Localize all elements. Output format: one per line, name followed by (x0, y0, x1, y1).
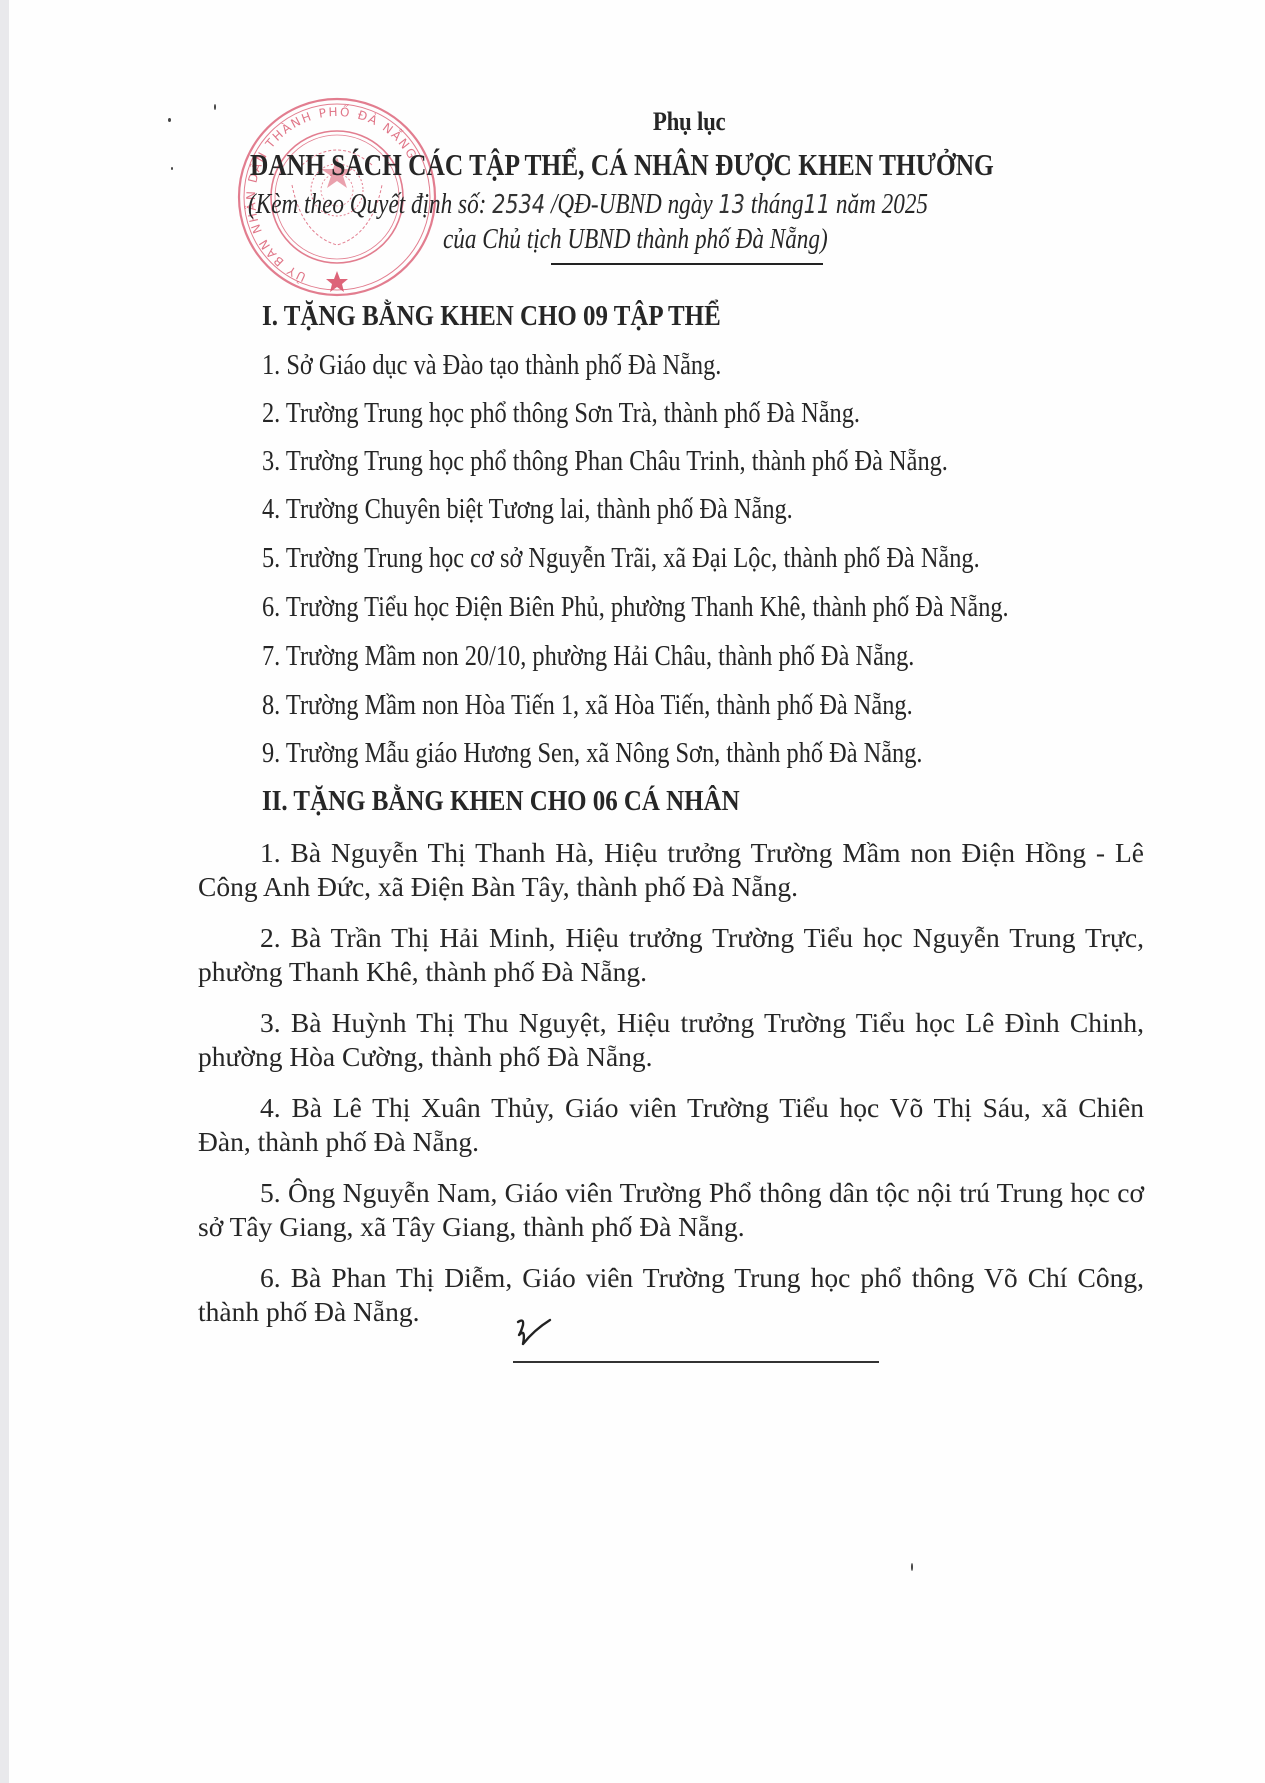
handwritten-initial-icon (514, 1316, 560, 1350)
collective-item: 4. Trường Chuyên biệt Tương lai, thành p… (262, 494, 793, 526)
document-title: DANH SÁCH CÁC TẬP THỂ, CÁ NHÂN ĐƯỢC KHEN… (250, 147, 1119, 183)
footer-divider (513, 1361, 879, 1363)
collective-item: 6. Trường Tiểu học Điện Biên Phủ, phường… (262, 592, 1009, 624)
collective-item: 2. Trường Trung học phổ thông Sơn Trà, t… (262, 398, 860, 430)
collective-item: 7. Trường Mầm non 20/10, phường Hải Châu… (262, 641, 914, 673)
decision-day: 13 (718, 190, 744, 220)
scan-speck (168, 118, 171, 122)
collective-item: 9. Trường Mẫu giáo Hương Sen, xã Nông Sơ… (262, 738, 922, 770)
collective-item: 5. Trường Trung học cơ sở Nguyễn Trãi, x… (262, 543, 980, 575)
collective-item: 1. Sở Giáo dục và Đào tạo thành phố Đà N… (262, 350, 721, 382)
scan-speck (214, 104, 216, 110)
decision-month: 11 (804, 190, 830, 220)
appendix-label: Phụ lục (82, 107, 1265, 137)
scan-speck (911, 1563, 913, 1571)
subtitle-mid1: /QĐ-UBND ngày (545, 188, 718, 220)
individual-item: 6. Bà Phan Thị Diễm, Giáo viên Trường Tr… (198, 1261, 1144, 1329)
collective-item: 3. Trường Trung học phổ thông Phan Châu … (262, 446, 948, 478)
individual-item: 3. Bà Huỳnh Thị Thu Nguyệt, Hiệu trưởng … (198, 1006, 1144, 1074)
section-individuals-heading: II. TẶNG BẰNG KHEN CHO 06 CÁ NHÂN (262, 785, 740, 818)
document-subtitle-line1: (Kèm theo Quyết định số: 2534 /QĐ-UBND n… (248, 188, 928, 221)
individual-item: 2. Bà Trần Thị Hải Minh, Hiệu trưởng Trư… (198, 921, 1144, 989)
individual-item: 5. Ông Nguyễn Nam, Giáo viên Trường Phổ … (198, 1176, 1144, 1244)
header-divider (551, 263, 823, 265)
section-collectives-heading: I. TẶNG BẰNG KHEN CHO 09 TẬP THỂ (262, 300, 721, 333)
document-subtitle-line2: của Chủ tịch UBND thành phố Đà Nẵng) (443, 223, 828, 256)
subtitle-mid2: tháng (745, 188, 804, 220)
scan-speck (171, 167, 173, 170)
collective-item: 8. Trường Mầm non Hòa Tiến 1, xã Hòa Tiế… (262, 690, 913, 722)
individual-item: 4. Bà Lê Thị Xuân Thủy, Giáo viên Trường… (198, 1091, 1144, 1159)
page-left-edge (0, 0, 9, 1783)
decision-number: 2534 (492, 190, 545, 220)
subtitle-mid3: năm 2025 (830, 188, 928, 220)
subtitle-prefix: (Kèm theo Quyết định số: (248, 188, 492, 220)
individual-item: 1. Bà Nguyễn Thị Thanh Hà, Hiệu trưởng T… (198, 836, 1144, 904)
